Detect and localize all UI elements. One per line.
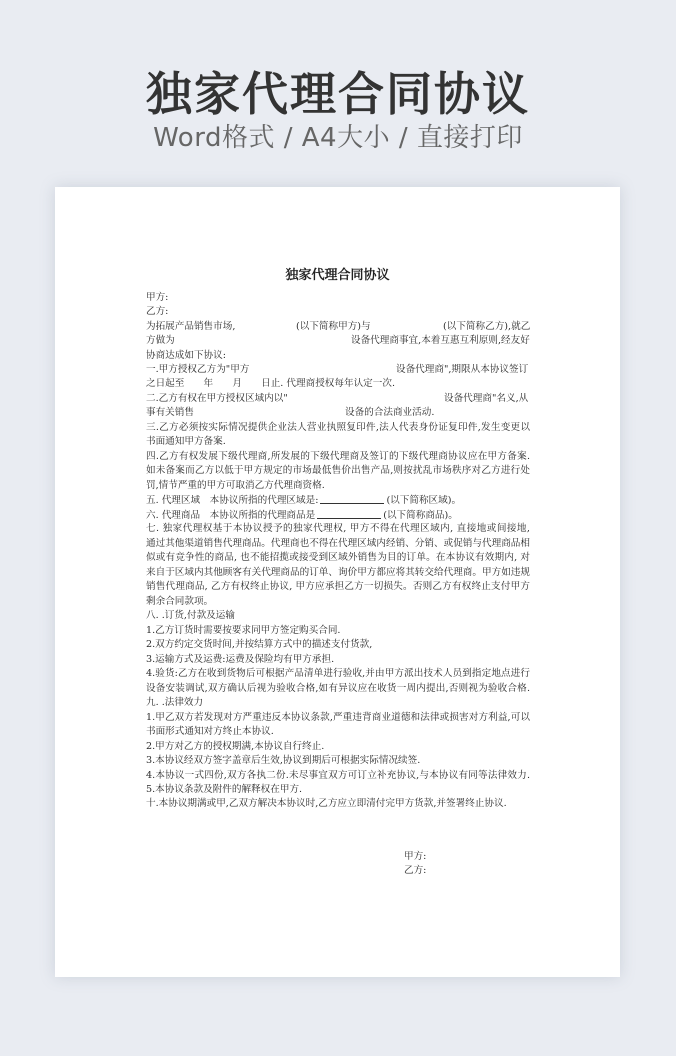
clause-text: 六. 代理商品 本协议所指的代理商品是 [146,510,315,521]
clause-9-item: 书面形式通知对方终止本协议. [146,725,530,739]
clause-text: (以下简称商品)。 [383,510,458,521]
clause-8-item: 1.乙方订货时需要按要求同甲方签定购买合同. [146,624,530,638]
clause-4-line-3: 罚,情节严重的甲方可取消乙方代理商资格. [146,479,530,493]
clause-text: 设备代理商"名义,从 [444,392,528,406]
clause-text: 设备代理商",期限从本协议签订 [396,363,528,377]
preamble-line-1: 为拓展产品销售市场, (以下简称甲方)与 (以下简称乙方),就乙 [146,320,530,334]
clause-text: 一.甲方授权乙方为"甲方 [146,363,249,377]
preamble-text: (以下简称乙方),就乙 [443,320,530,334]
document-title: 独家代理合同协议 [55,267,620,285]
clause-8-item: 3.运输方式及运费:运费及保险均有甲方承担. [146,653,530,667]
preamble-text: 方做为 [146,334,175,348]
clause-4-line-1: 四.乙方有权发展下级代理商,所发展的下级代理商及签订的下级代理商协议应在甲方备案… [146,450,530,464]
clause-7-line-6: 剩余合同款项。 [146,595,530,609]
clause-7-line-4: 来自于区域内其他顾客有关代理商品的订单、询价甲方都应将其转交给代理商。甲方如违规 [146,566,530,580]
clause-8-item: 2.双方约定交货时间,并按结算方式中的描述支付货款, [146,638,530,652]
clause-10-line: 十.本协议期满或甲,乙双方解决本协议时,乙方应立即清付完甲方货款,并签署终止协议… [146,797,530,811]
blank-field [317,508,381,519]
preamble-line-3: 协商达成如下协议: [146,349,530,363]
document-page: 独家代理合同协议 甲方: 乙方: 为拓展产品销售市场, (以下简称甲方)与 (以… [55,187,620,977]
hero-title: 独家代理合同协议 [0,66,676,122]
clause-8-item: 4.验货:乙方在收到货物后可根据产品清单进行验收,并由甲方派出技术人员到指定地点… [146,667,530,681]
clause-text: 设备的合法商业活动. [345,406,434,420]
clause-6-line: 六. 代理商品 本协议所指的代理商品是(以下简称商品)。 [146,508,530,522]
clause-9-item: 3.本协议经双方签字盖章后生效,协议到期后可根据实际情况续签. [146,754,530,768]
signature-party-b: 乙方: [404,864,426,878]
clause-text: 五. 代理区域 本协议所指的代理区域是: [146,495,318,506]
clause-9-item: 2.甲方对乙方的授权期满,本协议自行终止. [146,740,530,754]
blank-field [320,493,384,504]
clause-text: (以下简称区域)。 [386,495,461,506]
clause-8-item: 设备安装调试,双方确认后视为验收合格,如有异议应在收货一周内提出,否则视为验收合… [146,682,530,696]
preamble-text: (以下简称甲方)与 [296,320,371,334]
preamble-text: 设备代理商事宜,本着互惠互利原则,经友好 [351,334,530,348]
clause-9-heading: 九. .法律效力 [146,696,530,710]
preamble-line-2: 方做为 设备代理商事宜,本着互惠互利原则,经友好 [146,334,530,348]
signature-party-a: 甲方: [404,850,426,864]
clause-7-line-2: 通过其他渠道销售代理商品。代理商也不得在代理区域内经销、分销、或促销与代理商品相 [146,537,530,551]
clause-3-line-2: 书面通知甲方备案. [146,435,530,449]
clause-4-line-2: 如未备案而乙方以低于甲方规定的市场最低售价出售产品,则按扰乱市场秩序对乙方进行处 [146,464,530,478]
clause-1-line-1: 一.甲方授权乙方为"甲方 设备代理商",期限从本协议签订 [146,363,530,377]
clause-2-line-2: 事有关销售 设备的合法商业活动. [146,406,530,420]
clause-1-line-2: 之日起至 年 月 日止. 代理商授权每年认定一次. [146,377,530,391]
clause-2-line-1: 二.乙方有权在甲方授权区域内以" 设备代理商"名义,从 [146,392,530,406]
clause-5-line: 五. 代理区域 本协议所指的代理区域是:(以下简称区域)。 [146,493,530,507]
clause-8-heading: 八. .订货,付款及运输 [146,609,530,623]
clause-7-line-1: 七. 独家代理权基于本协议授予的独家代理权, 甲方不得在代理区域内, 直接地或间… [146,522,530,536]
clause-9-item: 5.本协议条款及附件的解释权在甲方. [146,783,530,797]
preamble-text: 为拓展产品销售市场, [146,320,235,334]
clause-9-item: 4.本协议一式四份,双方各执二份.未尽事宜双方可订立补充协议,与本协议有同等法律… [146,769,530,783]
clause-3-line-1: 三.乙方必须按实际情况提供企业法人营业执照复印件,法人代表身份证复印件,发生变更… [146,421,530,435]
clause-7-line-3: 似或有竞争性的商品, 也不能招揽或接受到区域外销售为目的订单。在本协议有效期内,… [146,551,530,565]
clause-7-line-5: 销售代理商品, 乙方有权终止协议, 甲方应承担乙方一切损失。否则乙方有权终止支付… [146,580,530,594]
clause-9-item: 1.甲乙双方若发现对方严重违反本协议条款,严重违背商业道德和法律或损害对方利益,… [146,711,530,725]
clause-text: 二.乙方有权在甲方授权区域内以" [146,392,288,406]
party-a-line: 甲方: [146,291,530,305]
hero-subtitle: Word格式 / A4大小 / 直接打印 [0,120,676,156]
party-b-line: 乙方: [146,305,530,319]
clause-text: 事有关销售 [146,406,194,420]
